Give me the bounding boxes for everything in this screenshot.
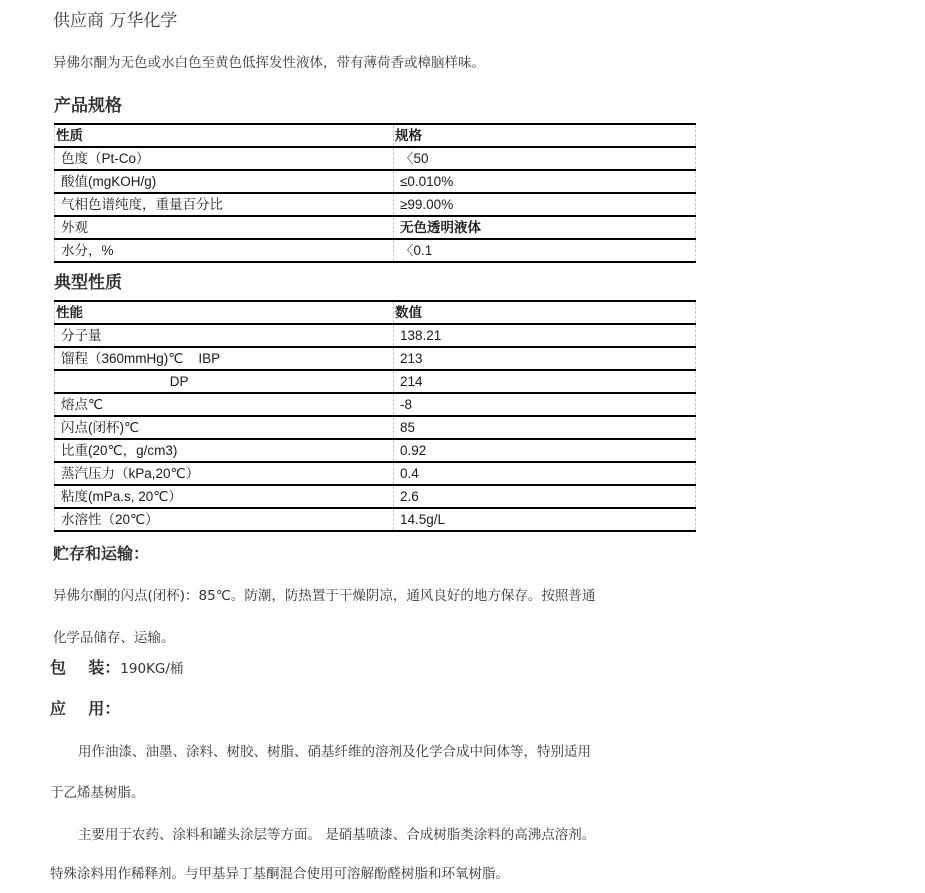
property-cell: 气相色谱纯度，重量百分比 bbox=[55, 193, 394, 216]
table-row: 分子量 138.21 bbox=[55, 324, 696, 347]
property-cell: 馏程（360mmHg)℃ IBP bbox=[55, 347, 394, 370]
packaging-line: 包 装：190KG/桶 bbox=[50, 655, 183, 678]
table-row: DP 214 bbox=[55, 370, 696, 393]
property-cell: 分子量 bbox=[55, 324, 394, 347]
application-text-line: 于乙烯基树脂。 bbox=[50, 781, 145, 801]
value-cell: ≤0.010% bbox=[394, 170, 696, 193]
header-cell: 性质 bbox=[55, 124, 394, 147]
value-cell: 无色透明液体 bbox=[394, 216, 696, 239]
table-row: 色度（Pt-Co） 〈50 bbox=[55, 147, 696, 170]
value-cell: -8 bbox=[394, 393, 696, 416]
value-cell: 2.6 bbox=[394, 485, 696, 508]
packaging-value: 190KG/桶 bbox=[120, 661, 183, 677]
spec-section-title: 产品规格 bbox=[54, 91, 122, 116]
value-cell: 〈50 bbox=[394, 147, 696, 170]
value-cell: 0.4 bbox=[394, 462, 696, 485]
table-row: 粘度(mPa.s, 20℃） 2.6 bbox=[55, 485, 696, 508]
table-row: 水溶性（20℃） 14.5g/L bbox=[55, 508, 696, 531]
value-cell: 138.21 bbox=[394, 324, 696, 347]
property-cell: 闪点(闭杯)℃ bbox=[55, 416, 394, 439]
application-text-line: 主要用于农药、涂料和罐头涂层等方面。 是硝基喷漆、合成树脂类涂料的高沸点溶剂。 bbox=[78, 823, 595, 843]
packaging-label: 包 装： bbox=[50, 658, 120, 677]
header-cell: 规格 bbox=[394, 124, 696, 147]
properties-table: 性能 数值 分子量 138.21 馏程（360mmHg)℃ IBP 213 DP… bbox=[54, 300, 696, 532]
property-cell: 粘度(mPa.s, 20℃） bbox=[55, 485, 394, 508]
value-cell: 213 bbox=[394, 347, 696, 370]
table-header-row: 性能 数值 bbox=[55, 301, 696, 324]
property-cell: 色度（Pt-Co） bbox=[55, 147, 394, 170]
value-cell: 214 bbox=[394, 370, 696, 393]
table-row: 水分，% 〈0.1 bbox=[55, 239, 696, 262]
header-cell: 数值 bbox=[394, 301, 696, 324]
property-cell: 外观 bbox=[55, 216, 394, 239]
value-cell: 14.5g/L bbox=[394, 508, 696, 531]
table-header-row: 性质 规格 bbox=[55, 124, 696, 147]
property-cell: DP bbox=[55, 370, 394, 393]
table-row: 气相色谱纯度，重量百分比 ≥99.00% bbox=[55, 193, 696, 216]
storage-text-line: 异佛尔酮的闪点(闭杯)：85℃。防潮，防热置于干燥阴凉，通风良好的地方保存。按照… bbox=[53, 584, 595, 604]
table-row: 闪点(闭杯)℃ 85 bbox=[55, 416, 696, 439]
application-text-line: 用作油漆、油墨、涂料、树胶、树脂、硝基纤维的溶剂及化学合成中间体等，特别适用 bbox=[78, 740, 591, 760]
properties-section-title: 典型性质 bbox=[54, 268, 122, 293]
property-cell: 熔点℃ bbox=[55, 393, 394, 416]
storage-section-title: 贮存和运输： bbox=[53, 541, 149, 564]
header-cell: 性能 bbox=[55, 301, 394, 324]
table-row: 熔点℃ -8 bbox=[55, 393, 696, 416]
value-cell: 85 bbox=[394, 416, 696, 439]
application-section-title: 应 用： bbox=[50, 696, 120, 719]
property-cell: 蒸汽压力（kPa,20℃） bbox=[55, 462, 394, 485]
property-cell: 水溶性（20℃） bbox=[55, 508, 394, 531]
storage-text-line: 化学品储存、运输。 bbox=[53, 626, 175, 646]
intro-paragraph: 异佛尔酮为无色或水白色至黄色低挥发性液体，带有薄荷香或樟脑样味。 bbox=[53, 51, 485, 71]
property-cell: 水分，% bbox=[55, 239, 394, 262]
table-row: 外观 无色透明液体 bbox=[55, 216, 696, 239]
value-cell: 〈0.1 bbox=[394, 239, 696, 262]
property-cell: 酸值(mgKOH/g) bbox=[55, 170, 394, 193]
value-cell: 0.92 bbox=[394, 439, 696, 462]
value-cell: ≥99.00% bbox=[394, 193, 696, 216]
table-row: 酸值(mgKOH/g) ≤0.010% bbox=[55, 170, 696, 193]
application-text-line: 特殊涂料用作稀释剂。与甲基异丁基酮混合使用可溶解酚醛树脂和环氧树脂。 bbox=[50, 862, 509, 882]
supplier-line: 供应商 万华化学 bbox=[53, 6, 177, 31]
table-row: 蒸汽压力（kPa,20℃） 0.4 bbox=[55, 462, 696, 485]
spec-table: 性质 规格 色度（Pt-Co） 〈50 酸值(mgKOH/g) ≤0.010% … bbox=[54, 123, 696, 263]
table-row: 馏程（360mmHg)℃ IBP 213 bbox=[55, 347, 696, 370]
table-row: 比重(20℃，g/cm3) 0.92 bbox=[55, 439, 696, 462]
property-cell: 比重(20℃，g/cm3) bbox=[55, 439, 394, 462]
